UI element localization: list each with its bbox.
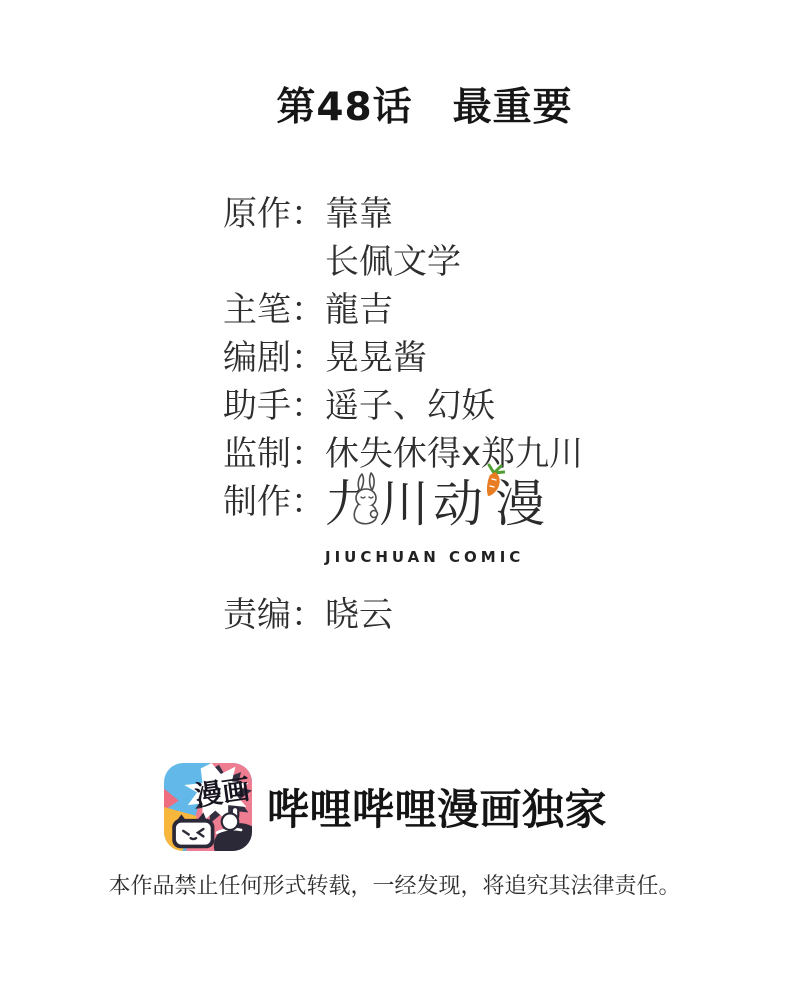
disclaimer-text: 本作品禁止任何形式转载，一经发现，将追究其法律责任。 [0,869,789,900]
credit-label: 原作： [223,190,325,238]
comic-credits-page: 第48话 最重要 原作： 靠靠 长佩文学 主笔： 龍吉 编剧： 晃晃酱 助手： … [0,0,789,1007]
chapter-title: 第48话 最重要 [30,76,789,132]
exclusive-text: 哔哩哔哩漫画独家 [267,777,607,837]
credits-list: 原作： 靠靠 长佩文学 主笔： 龍吉 编剧： 晃晃酱 助手： 遥子、幻妖 监制：… [223,190,583,639]
credit-label: 制作： [223,478,325,526]
carrot-icon [481,463,505,497]
credit-value: 晃晃酱 [325,334,427,382]
brand-row: 漫画 [0,763,780,851]
jiuchuan-comic-logo: 九川动 漫 [325,476,549,581]
credit-value: 龍吉 [325,286,393,334]
credit-row-producer: 制作： [223,478,583,581]
credit-row-assistants: 助手： 遥子、幻妖 [223,382,583,430]
rabbit-icon [349,471,387,525]
credit-label: 责编： [223,591,325,639]
jiuchuan-logo-cjk: 九川动 漫 [325,476,549,532]
credit-label: 主笔： [223,286,325,334]
credit-row-screenwriter: 编剧： 晃晃酱 [223,334,583,382]
credit-label: 监制： [223,430,325,478]
credit-row-editor: 责编： 晓云 [223,591,583,639]
credit-row-lead-artist: 主笔： 龍吉 [223,286,583,334]
credit-row-original-work: 原作： 靠靠 长佩文学 [223,190,583,286]
credit-value: 遥子、幻妖 [325,382,495,430]
credit-value: 晓云 [325,591,393,639]
credit-label: 助手： [223,382,325,430]
bilibili-manga-app-icon: 漫画 [164,763,252,851]
jiuchuan-logo-latin: JIUCHUAN COMIC [325,533,549,581]
credit-value: 靠靠 长佩文学 [325,190,461,286]
credit-label: 编剧： [223,334,325,382]
credit-row-supervisor: 监制： 休失休得x郑九川 [223,430,583,478]
